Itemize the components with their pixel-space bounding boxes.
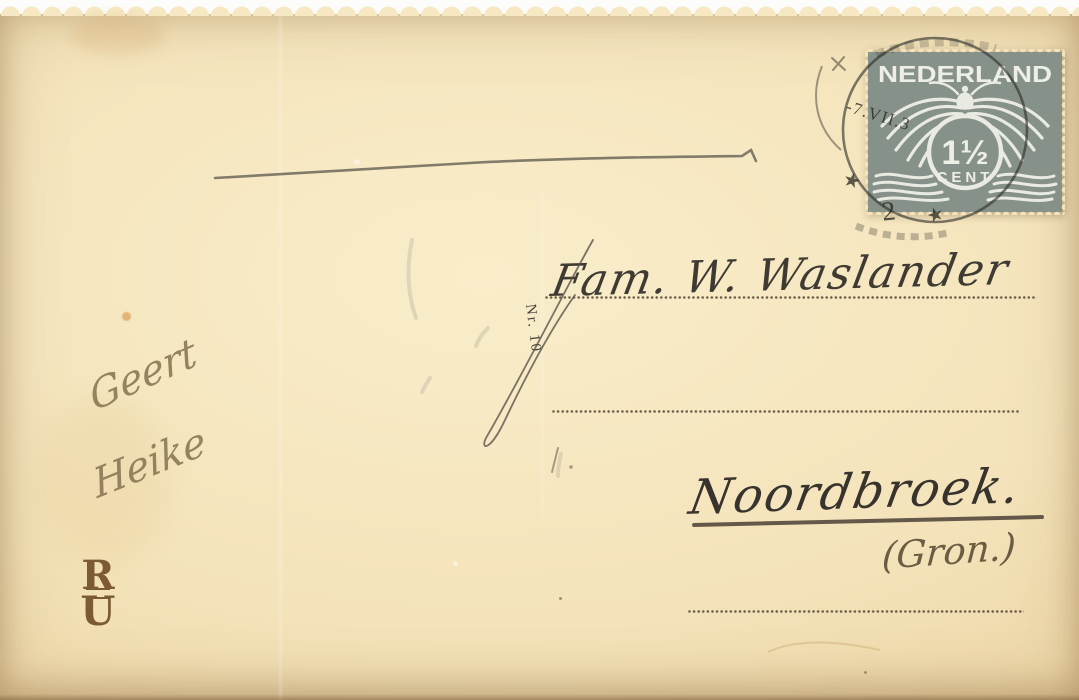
paper-speck: [559, 597, 562, 600]
stamp-unit-label: CENT: [937, 169, 994, 186]
stamp-value-label: 1½: [941, 134, 988, 172]
paper-speck: [864, 671, 867, 674]
stamp-perforation-left: [865, 50, 872, 214]
publisher-monogram-bottom: U: [79, 596, 117, 627]
address-dotted-line-2: [552, 410, 1020, 413]
stamp-perforation-right: [1058, 50, 1065, 214]
postcard-bottom-edge: [0, 694, 1079, 700]
publisher-monogram: R U: [79, 560, 117, 627]
paper-speck: [453, 561, 458, 566]
publisher-monogram-top: R: [79, 560, 117, 591]
deckled-top-edge: [0, 0, 1079, 16]
address-dotted-line-3: [688, 610, 1024, 613]
stamp-perforation-top: [866, 49, 1064, 56]
postcard-scan: Nr. 10 R U Fam. W. Waslander Noordbroek.…: [0, 0, 1079, 700]
stamp-country-label: NEDERLAND: [878, 61, 1052, 87]
